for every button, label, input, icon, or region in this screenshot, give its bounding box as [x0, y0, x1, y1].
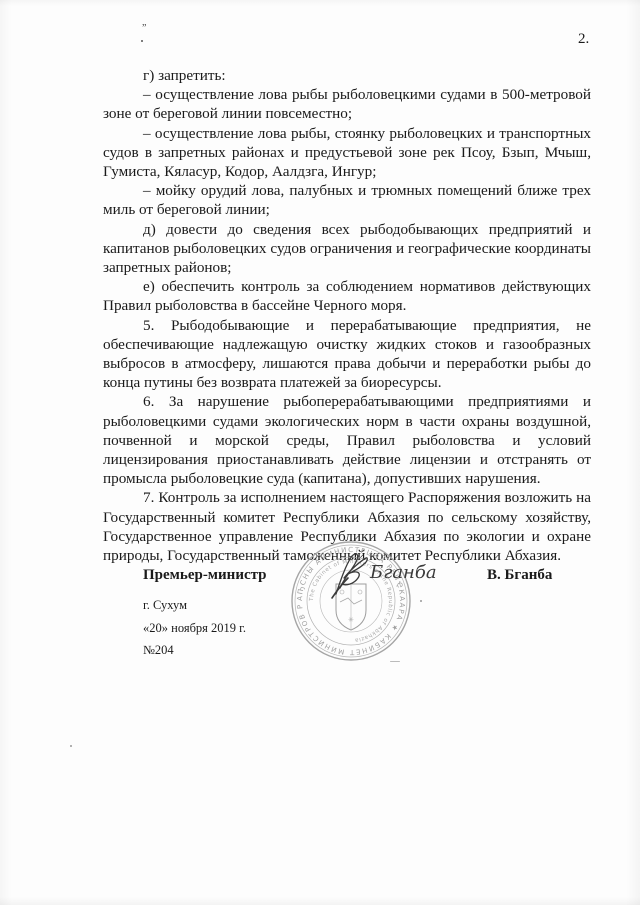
scan-speck	[390, 661, 400, 662]
document-date: «20» ноября 2019 г.	[143, 621, 246, 636]
scan-speck	[141, 40, 143, 42]
corner-mark: ”	[142, 24, 146, 34]
paragraph-e: е) обеспечить контроль за соблюдением но…	[103, 277, 591, 315]
page-number: 2.	[578, 30, 589, 48]
handwritten-signature: Бганба	[322, 548, 482, 600]
svg-text:Бганба: Бганба	[369, 562, 437, 583]
document-body: г) запретить: – осуществление лова рыбы …	[103, 66, 591, 565]
paragraph-6: 6. За нарушение рыбоперерабатывающими пр…	[103, 392, 591, 488]
svg-text:✳: ✳	[348, 616, 354, 624]
document-number: №204	[143, 643, 174, 658]
paragraph-d: д) довести до сведения всех рыбодобывающ…	[103, 220, 591, 278]
paragraph-g-item-2: – осуществление лова рыбы, стоянку рыбол…	[103, 124, 591, 182]
paragraph-5: 5. Рыбодобывающие и перерабатывающие пре…	[103, 316, 591, 393]
scan-speck	[420, 600, 422, 602]
paragraph-g-item-1: – осуществление лова рыбы рыболовецкими …	[103, 85, 591, 123]
paragraph-g-item-3: – мойку орудий лова, палубных и трюмных …	[103, 181, 591, 219]
signatory-title: Премьер-министр	[143, 566, 267, 584]
document-place: г. Сухум	[143, 598, 187, 613]
signatory-name: В. Бганба	[487, 566, 552, 584]
paragraph-g: г) запретить:	[103, 66, 591, 85]
scan-speck	[70, 745, 72, 747]
